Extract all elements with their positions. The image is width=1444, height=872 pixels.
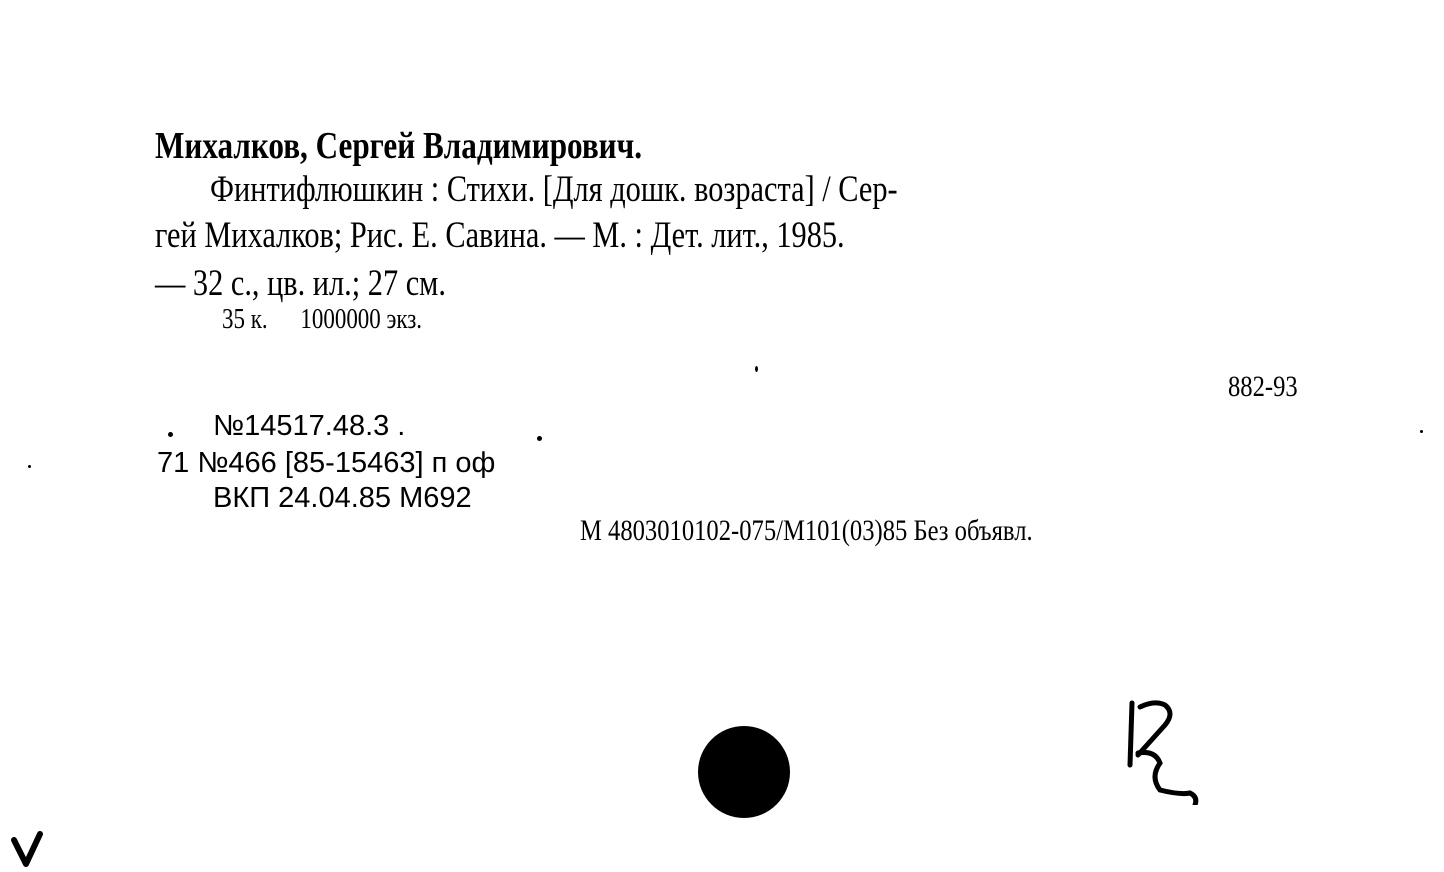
registry-line-1: №14517.48.3 . (213, 410, 405, 443)
price-line: 35 к.1000000 экз. (222, 304, 466, 336)
registry-line-3: ВКП 24.04.85 М692 (213, 482, 472, 515)
speck (537, 436, 542, 441)
responsibility-line: гей Михалков; Рис. Е. Савина. — М. : Дет… (155, 214, 996, 257)
speck (28, 465, 31, 468)
publisher-code-line: М 4803010102-075/М101(03)85 Без объявл. (580, 514, 1132, 548)
print-run: 1000000 экз. (300, 304, 422, 335)
punch-hole (698, 726, 790, 818)
handwritten-initials-icon (1120, 695, 1210, 805)
title-line: Финтифлюшкин : Стихи. [Для дошк. возраст… (210, 168, 1049, 211)
speck (168, 432, 173, 437)
physical-description-line: — 32 с., цв. ил.; 27 см. (155, 262, 510, 305)
registry-line-2: 71 №466 [85-15463] п оф (157, 447, 495, 480)
author-heading: Михалков, Сергей Владимирович. (155, 124, 749, 168)
price: 35 к. (222, 304, 268, 335)
speck (1420, 430, 1423, 433)
catalog-code: 882-93 (1228, 370, 1313, 404)
check-mark-icon (10, 830, 50, 870)
speck (755, 366, 758, 372)
